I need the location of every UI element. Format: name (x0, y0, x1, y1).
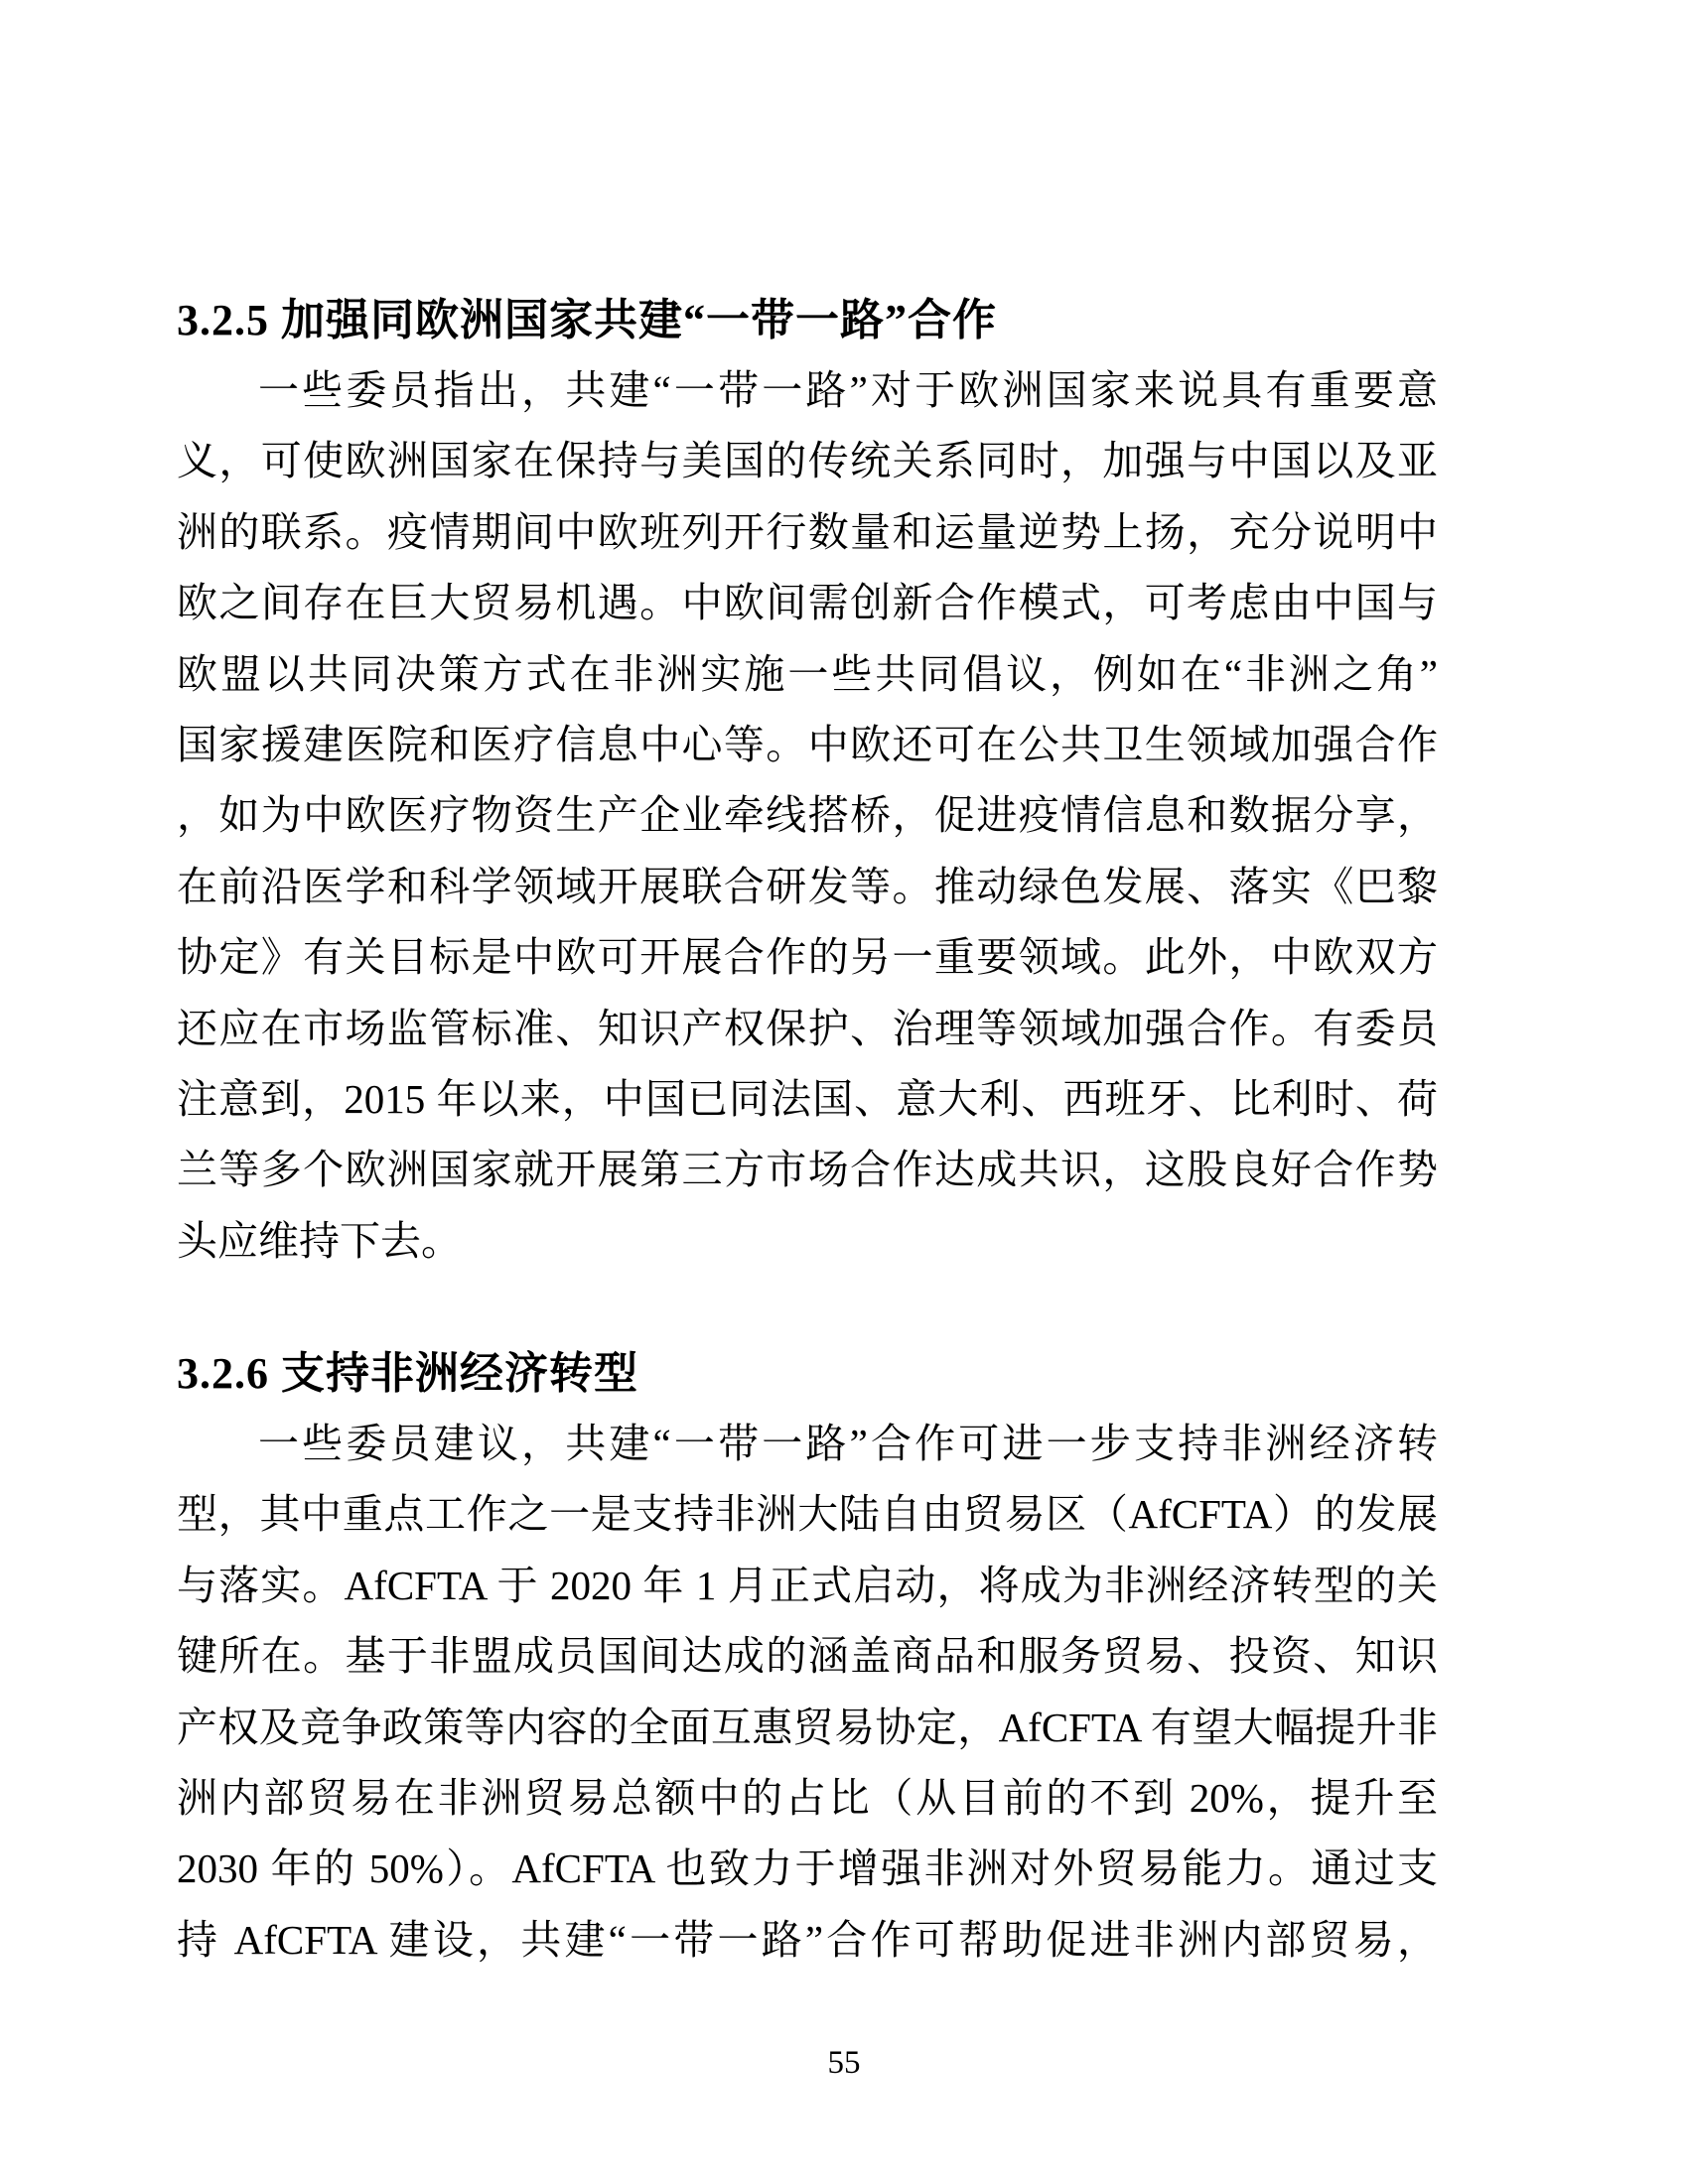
paragraph-line: 兰等多个欧洲国家就开展第三方市场合作达成共识，这股良好合作势 (177, 1135, 1438, 1205)
paragraph-line: ，如为中欧医疗物资生产企业牵线搭桥，促进疫情信息和数据分享， (177, 780, 1438, 851)
paragraph-line: 协定》有关目标是中欧可开展合作的另一重要领域。此外，中欧双方 (177, 922, 1438, 993)
paragraph-line: 义，可使欧洲国家在保持与美国的传统关系同时，加强与中国以及亚 (177, 426, 1438, 496)
paragraph: 一些委员指出，共建“一带一路”对于欧洲国家来说具有重要意义，可使欧洲国家在保持与… (177, 355, 1438, 1277)
paragraph-line: 一些委员指出，共建“一带一路”对于欧洲国家来说具有重要意 (177, 355, 1438, 426)
paragraph-line: 持 AfCFTA 建设，共建“一带一路”合作可帮助促进非洲内部贸易， (177, 1905, 1438, 1976)
paragraph-line: 在前沿医学和科学领域开展联合研发等。推动绿色发展、落实《巴黎 (177, 852, 1438, 922)
paragraph-line: 洲的联系。疫情期间中欧班列开行数量和运量逆势上扬，充分说明中 (177, 497, 1438, 568)
document-page: 3.2.5 加强同欧洲国家共建“一带一路”合作一些委员指出，共建“一带一路”对于… (0, 0, 1688, 2184)
paragraph-line: 欧盟以共同决策方式在非洲实施一些共同倡议，例如在“非洲之角” (177, 639, 1438, 710)
page-number: 55 (0, 2043, 1688, 2083)
document-section: 3.2.6 支持非洲经济转型一些委员建议，共建“一带一路”合作可进一步支持非洲经… (177, 1338, 1438, 1976)
document-section: 3.2.5 加强同欧洲国家共建“一带一路”合作一些委员指出，共建“一带一路”对于… (177, 285, 1438, 1277)
paragraph-line: 型，其中重点工作之一是支持非洲大陆自由贸易区（AfCFTA）的发展 (177, 1479, 1438, 1550)
paragraph-line: 2030 年的 50%）。AfCFTA 也致力于增强非洲对外贸易能力。通过支 (177, 1834, 1438, 1904)
paragraph-line: 头应维持下去。 (177, 1206, 1438, 1277)
paragraph-line: 注意到，2015 年以来，中国已同法国、意大利、西班牙、比利时、荷 (177, 1064, 1438, 1135)
section-heading: 3.2.5 加强同欧洲国家共建“一带一路”合作 (177, 285, 1438, 355)
paragraph-line: 还应在市场监管标准、知识产权保护、治理等领域加强合作。有委员 (177, 994, 1438, 1064)
document-body: 3.2.5 加强同欧洲国家共建“一带一路”合作一些委员指出，共建“一带一路”对于… (177, 285, 1438, 1976)
paragraph-line: 产权及竞争政策等内容的全面互惠贸易协定，AfCFTA 有望大幅提升非 (177, 1693, 1438, 1763)
paragraph-line: 与落实。AfCFTA 于 2020 年 1 月正式启动，将成为非洲经济转型的关 (177, 1551, 1438, 1621)
paragraph-line: 洲内部贸易在非洲贸易总额中的占比（从目前的不到 20%，提升至 (177, 1763, 1438, 1834)
section-heading: 3.2.6 支持非洲经济转型 (177, 1338, 1438, 1409)
paragraph-line: 一些委员建议，共建“一带一路”合作可进一步支持非洲经济转 (177, 1409, 1438, 1479)
paragraph-line: 欧之间存在巨大贸易机遇。中欧间需创新合作模式，可考虑由中国与 (177, 568, 1438, 638)
paragraph-line: 国家援建医院和医疗信息中心等。中欧还可在公共卫生领域加强合作 (177, 710, 1438, 780)
paragraph-line: 键所在。基于非盟成员国间达成的涵盖商品和服务贸易、投资、知识 (177, 1621, 1438, 1692)
paragraph: 一些委员建议，共建“一带一路”合作可进一步支持非洲经济转型，其中重点工作之一是支… (177, 1409, 1438, 1976)
